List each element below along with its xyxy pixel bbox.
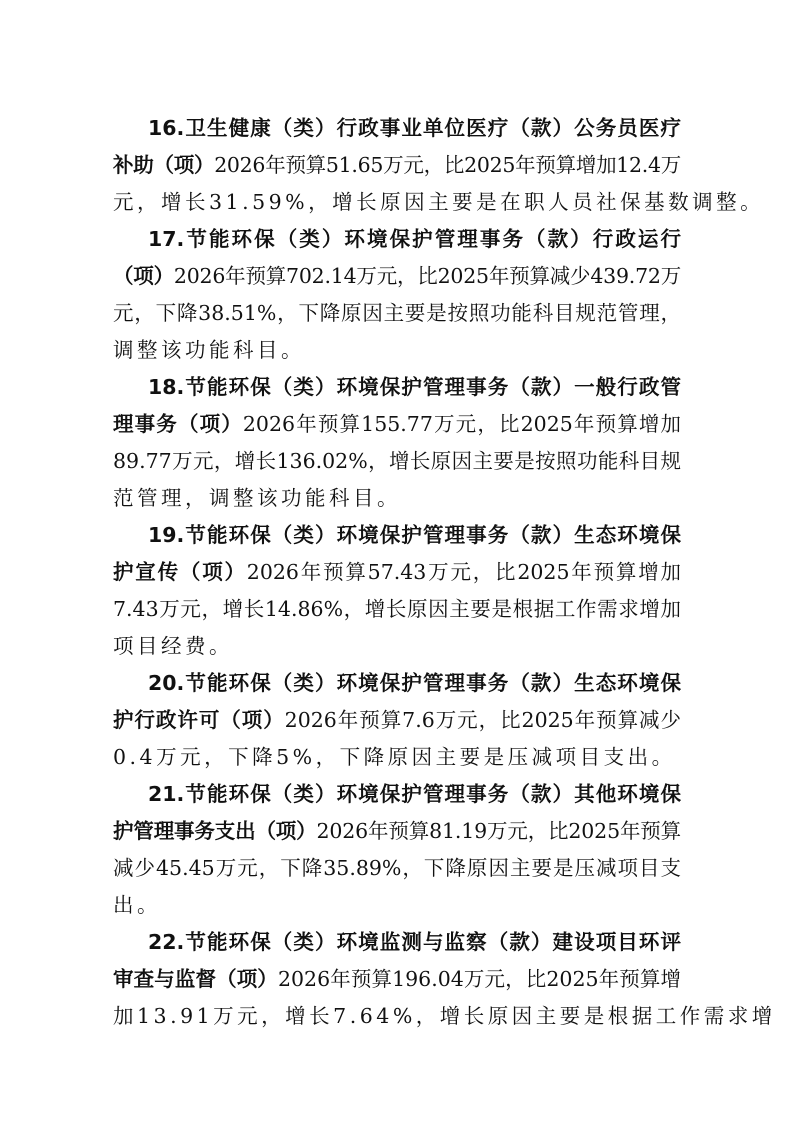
body-text: 2026年预算51.65万元，比2025年预算增加12.4万 (214, 153, 681, 177)
item-body-line: 项目经费。 (113, 628, 681, 665)
bold-heading-text: 20.节能环保（类）环境保护管理事务（款）生态环境保 (148, 671, 681, 695)
item-heading-line: 22.节能环保（类）环境监测与监察（款）建设项目环评 (113, 924, 681, 961)
body-text: 2026年预算155.77万元，比2025年预算增加 (243, 412, 681, 436)
item-body-line: 减少45.45万元，下降35.89%，下降原因主要是压减项目支 (113, 850, 681, 887)
bold-heading-text: 22.节能环保（类）环境监测与监察（款）建设项目环评 (148, 930, 681, 954)
body-text: 范管理，调整该功能科目。 (113, 486, 401, 510)
body-text: 出。 (113, 893, 161, 917)
budget-item-paragraph: 20.节能环保（类）环境保护管理事务（款）生态环境保护行政许可（项）2026年预… (113, 665, 681, 776)
item-body-line: 审查与监督（项）2026年预算196.04万元，比2025年预算增 (113, 961, 681, 998)
bold-heading-text: 审查与监督（项） (113, 967, 278, 991)
item-heading-line: 18.节能环保（类）环境保护管理事务（款）一般行政管 (113, 369, 681, 406)
body-text: 加13.91万元，增长7.64%，增长原因主要是根据工作需求增 (113, 1004, 776, 1028)
document-body: 16.卫生健康（类）行政事业单位医疗（款）公务员医疗补助（项）2026年预算51… (113, 110, 681, 1035)
body-text: 元，下降38.51%，下降原因主要是按照功能科目规范管理， (113, 301, 681, 325)
body-text: 7.43万元，增长14.86%，增长原因主要是根据工作需求增加 (113, 597, 681, 621)
item-body-line: 护管理事务支出（项）2026年预算81.19万元，比2025年预算 (113, 813, 681, 850)
budget-item-paragraph: 18.节能环保（类）环境保护管理事务（款）一般行政管理事务（项）2026年预算1… (113, 369, 681, 517)
item-heading-line: 20.节能环保（类）环境保护管理事务（款）生态环境保 (113, 665, 681, 702)
item-body-line: 0.4万元，下降5%，下降原因主要是压减项目支出。 (113, 739, 681, 776)
item-heading-line: 19.节能环保（类）环境保护管理事务（款）生态环境保 (113, 517, 681, 554)
item-body-line: 调整该功能科目。 (113, 332, 681, 369)
item-body-line: 护宣传（项）2026年预算57.43万元，比2025年预算增加 (113, 554, 681, 591)
body-text: 2026年预算196.04万元，比2025年预算增 (278, 967, 681, 991)
budget-item-paragraph: 17.节能环保（类）环境保护管理事务（款）行政运行（项）2026年预算702.1… (113, 221, 681, 369)
item-body-line: 元，下降38.51%，下降原因主要是按照功能科目规范管理， (113, 295, 681, 332)
bold-heading-text: 护宣传（项） (113, 560, 247, 584)
item-body-line: 出。 (113, 887, 681, 924)
item-body-line: 范管理，调整该功能科目。 (113, 480, 681, 517)
bold-heading-text: 17.节能环保（类）环境保护管理事务（款）行政运行 (148, 227, 681, 251)
item-body-line: 护行政许可（项）2026年预算7.6万元，比2025年预算减少 (113, 702, 681, 739)
body-text: 89.77万元，增长136.02%，增长原因主要是按照功能科目规 (113, 449, 681, 473)
bold-heading-text: 理事务（项） (113, 412, 243, 436)
bold-heading-text: 18.节能环保（类）环境保护管理事务（款）一般行政管 (148, 375, 681, 399)
body-text: 2026年预算81.19万元，比2025年预算 (317, 819, 682, 843)
bold-heading-text: （项） (113, 264, 174, 288)
item-body-line: 加13.91万元，增长7.64%，增长原因主要是根据工作需求增 (113, 998, 681, 1035)
body-text: 2026年预算57.43万元，比2025年预算增加 (247, 560, 681, 584)
body-text: 减少45.45万元，下降35.89%，下降原因主要是压减项目支 (113, 856, 681, 880)
document-page: 16.卫生健康（类）行政事业单位医疗（款）公务员医疗补助（项）2026年预算51… (0, 0, 793, 1122)
item-body-line: （项）2026年预算702.14万元，比2025年预算减少439.72万 (113, 258, 681, 295)
item-body-line: 7.43万元，增长14.86%，增长原因主要是根据工作需求增加 (113, 591, 681, 628)
item-body-line: 元，增长31.59%，增长原因主要是在职人员社保基数调整。 (113, 184, 681, 221)
bold-heading-text: 护行政许可（项） (113, 708, 285, 732)
budget-item-paragraph: 16.卫生健康（类）行政事业单位医疗（款）公务员医疗补助（项）2026年预算51… (113, 110, 681, 221)
bold-heading-text: 21.节能环保（类）环境保护管理事务（款）其他环境保 (148, 782, 681, 806)
body-text: 2026年预算7.6万元，比2025年预算减少 (285, 708, 681, 732)
item-body-line: 89.77万元，增长136.02%，增长原因主要是按照功能科目规 (113, 443, 681, 480)
body-text: 0.4万元，下降5%，下降原因主要是压减项目支出。 (113, 745, 676, 769)
body-text: 元，增长31.59%，增长原因主要是在职人员社保基数调整。 (113, 190, 764, 214)
budget-item-paragraph: 21.节能环保（类）环境保护管理事务（款）其他环境保护管理事务支出（项）2026… (113, 776, 681, 924)
body-text: 项目经费。 (113, 634, 233, 658)
body-text: 调整该功能科目。 (113, 338, 305, 362)
bold-heading-text: 16.卫生健康（类）行政事业单位医疗（款）公务员医疗 (148, 116, 681, 140)
item-heading-line: 17.节能环保（类）环境保护管理事务（款）行政运行 (113, 221, 681, 258)
bold-heading-text: 19.节能环保（类）环境保护管理事务（款）生态环境保 (148, 523, 681, 547)
body-text: 2026年预算702.14万元，比2025年预算减少439.72万 (174, 264, 681, 288)
budget-item-paragraph: 19.节能环保（类）环境保护管理事务（款）生态环境保护宣传（项）2026年预算5… (113, 517, 681, 665)
item-body-line: 理事务（项）2026年预算155.77万元，比2025年预算增加 (113, 406, 681, 443)
item-heading-line: 21.节能环保（类）环境保护管理事务（款）其他环境保 (113, 776, 681, 813)
budget-item-paragraph: 22.节能环保（类）环境监测与监察（款）建设项目环评审查与监督（项）2026年预… (113, 924, 681, 1035)
bold-heading-text: 补助（项） (113, 153, 214, 177)
item-body-line: 补助（项）2026年预算51.65万元，比2025年预算增加12.4万 (113, 147, 681, 184)
item-heading-line: 16.卫生健康（类）行政事业单位医疗（款）公务员医疗 (113, 110, 681, 147)
bold-heading-text: 护管理事务支出（项） (113, 819, 317, 843)
